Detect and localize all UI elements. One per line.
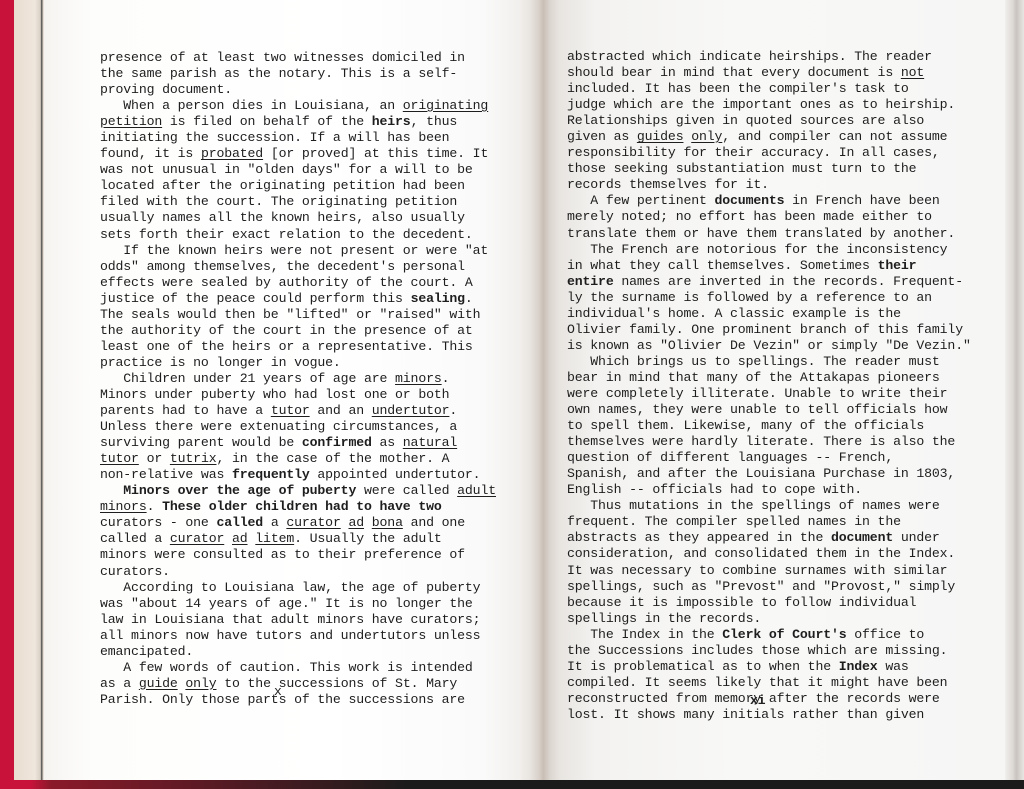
text-line: in what they call themselves. Sometimes … xyxy=(567,258,971,274)
text-line: consideration, and consolidated them in … xyxy=(567,546,971,562)
text-line: practice is no longer in vogue. xyxy=(100,355,496,371)
right-page-text: abstracted which indicate heirships. The… xyxy=(567,49,971,723)
text-line: Unless there were extenuating circumstan… xyxy=(100,419,496,435)
text-line: When a person dies in Louisiana, an orig… xyxy=(100,98,496,114)
underlined-term: originating xyxy=(403,98,488,113)
text-run: minors were consulted as to their prefer… xyxy=(100,547,465,562)
text-run: effects were sealed by authority of the … xyxy=(100,275,473,290)
text-run: sets forth their exact relation to the d… xyxy=(100,227,473,242)
text-line: initiating the succession. If a will has… xyxy=(100,130,496,146)
text-line: own names, they were unable to tell offi… xyxy=(567,402,971,418)
text-line: Olivier family. One prominent branch of … xyxy=(567,322,971,338)
right-page-edge xyxy=(1005,0,1024,780)
text-line: the same parish as the notary. This is a… xyxy=(100,66,496,82)
text-run: The French are notorious for the inconsi… xyxy=(567,242,947,257)
text-run: or xyxy=(139,451,170,466)
text-run: because it is impossible to follow indiv… xyxy=(567,595,916,610)
text-run: judge which are the important ones as to… xyxy=(567,97,955,112)
text-run: own names, they were unable to tell offi… xyxy=(567,402,947,417)
text-run: odds" among themselves, the decedent's p… xyxy=(100,259,465,274)
underlined-term: not xyxy=(901,65,924,80)
text-run: Spanish, and after the Louisiana Purchas… xyxy=(567,466,955,481)
text-line: filed with the court. The originating pe… xyxy=(100,194,496,210)
text-line: frequent. The compiler spelled names in … xyxy=(567,514,971,530)
text-run: non-relative was xyxy=(100,467,232,482)
text-line: surviving parent would be confirmed as n… xyxy=(100,435,496,451)
text-line: minors were consulted as to their prefer… xyxy=(100,547,496,563)
text-run: bear in mind that many of the Attakapas … xyxy=(567,370,940,385)
text-run: curators - one xyxy=(100,515,216,530)
text-run: Relationships given in quoted sources ar… xyxy=(567,113,924,128)
text-line: merely noted; no effort has been made ei… xyxy=(567,209,971,225)
text-line: Parish. Only those parts of the successi… xyxy=(100,692,496,708)
text-run: The Index in the xyxy=(567,627,722,642)
bold-term: Minors over the age of puberty xyxy=(123,483,356,498)
text-run xyxy=(364,515,372,530)
underlined-term: undertutor xyxy=(372,403,450,418)
text-run: [or proved] at this time. It xyxy=(263,146,488,161)
underlined-term: bona xyxy=(372,515,403,530)
text-run: Minors under puberty who had lost one or… xyxy=(100,387,449,402)
underlined-term: guide xyxy=(139,676,178,691)
text-run: According to Louisiana law, the age of p… xyxy=(100,580,480,595)
text-run: Thus mutations in the spellings of names… xyxy=(567,498,940,513)
text-line: abstracted which indicate heirships. The… xyxy=(567,49,971,65)
text-line: all minors now have tutors and undertuto… xyxy=(100,628,496,644)
left-page-text: presence of at least two witnesses domic… xyxy=(100,50,496,708)
text-run: If the known heirs were not present or w… xyxy=(100,243,488,258)
text-line: The seals would then be "lifted" or "rai… xyxy=(100,307,496,323)
text-run: presence of at least two witnesses domic… xyxy=(100,50,465,65)
text-run: usually names all the known heirs, also … xyxy=(100,210,465,225)
underlined-term: tutrix xyxy=(170,451,217,466)
right-page: abstracted which indicate heirships. The… xyxy=(560,0,1005,780)
underlined-term: ad xyxy=(232,531,248,546)
text-line: proving document. xyxy=(100,82,496,98)
bold-term: frequently xyxy=(232,467,310,482)
text-run: A few pertinent xyxy=(567,193,715,208)
text-line: A few words of caution. This work is int… xyxy=(100,660,496,676)
underlined-term: natural xyxy=(403,435,457,450)
text-run: merely noted; no effort has been made ei… xyxy=(567,209,932,224)
text-line: tutor or tutrix, in the case of the moth… xyxy=(100,451,496,467)
text-run: as xyxy=(372,435,403,450)
text-run: appointed undertutor. xyxy=(310,467,481,482)
text-run xyxy=(224,531,232,546)
text-line: non-relative was frequently appointed un… xyxy=(100,467,496,483)
text-run: spellings in the records. xyxy=(567,611,761,626)
text-line: effects were sealed by authority of the … xyxy=(100,275,496,291)
text-run: those seeking substantiation must turn t… xyxy=(567,161,916,176)
text-line: curators - one called a curator ad bona … xyxy=(100,515,496,531)
text-line: judge which are the important ones as to… xyxy=(567,97,971,113)
text-line: The Index in the Clerk of Court's office… xyxy=(567,627,971,643)
text-line: is known as "Olivier De Vezin" or simply… xyxy=(567,338,971,354)
bottom-background xyxy=(0,780,1024,789)
text-line: to spell them. Likewise, many of the off… xyxy=(567,418,971,434)
text-line: was not unusual in "olden days" for a wi… xyxy=(100,162,496,178)
text-line: parents had to have a tutor and an under… xyxy=(100,403,496,419)
text-run: The seals would then be "lifted" or "rai… xyxy=(100,307,480,322)
text-run: were completely illiterate. Unable to wr… xyxy=(567,386,947,401)
underlined-term: litem xyxy=(255,531,294,546)
text-line: themselves were hardly literate. There i… xyxy=(567,434,971,450)
text-line: Which brings us to spellings. The reader… xyxy=(567,354,971,370)
bold-term: document xyxy=(831,530,893,545)
text-line: given as guides only, and compiler can n… xyxy=(567,129,971,145)
text-run: was "about 14 years of age." It is no lo… xyxy=(100,596,473,611)
text-line: A few pertinent documents in French have… xyxy=(567,193,971,209)
text-run: all minors now have tutors and undertuto… xyxy=(100,628,480,643)
text-run: A few words of caution. This work is int… xyxy=(100,660,473,675)
text-line: those seeking substantiation must turn t… xyxy=(567,161,971,177)
text-run: emancipated. xyxy=(100,644,193,659)
text-run: in French have been xyxy=(784,193,939,208)
text-line: presence of at least two witnesses domic… xyxy=(100,50,496,66)
underlined-term: curator xyxy=(286,515,340,530)
text-line: abstracts as they appeared in the docume… xyxy=(567,530,971,546)
text-run: was not unusual in "olden days" for a wi… xyxy=(100,162,473,177)
text-run: , thus xyxy=(411,114,458,129)
underlined-term: adult xyxy=(457,483,496,498)
text-line: According to Louisiana law, the age of p… xyxy=(100,580,496,596)
text-line: individual's home. A classic example is … xyxy=(567,306,971,322)
text-line: included. It has been the compiler's tas… xyxy=(567,81,971,97)
text-run: . xyxy=(442,371,450,386)
text-run: compiled. It seems likely that it might … xyxy=(567,675,947,690)
text-run: and an xyxy=(310,403,372,418)
text-run: included. It has been the compiler's tas… xyxy=(567,81,909,96)
text-run: practice is no longer in vogue. xyxy=(100,355,341,370)
right-page-number: xi xyxy=(750,693,766,708)
text-line: spellings, such as "Prevost" and "Provos… xyxy=(567,579,971,595)
underlined-term: petition xyxy=(100,114,162,129)
text-run: given as xyxy=(567,129,637,144)
text-run: is known as "Olivier De Vezin" or simply… xyxy=(567,338,971,353)
left-page-number: x xyxy=(274,684,282,699)
text-run: records themselves for it. xyxy=(567,177,769,192)
text-line: located after the originating petition h… xyxy=(100,178,496,194)
text-run: , in the case of the mother. A xyxy=(216,451,449,466)
text-run: ly the surname is followed by a referenc… xyxy=(567,290,932,305)
text-line: justice of the peace could perform this … xyxy=(100,291,496,307)
bold-term: entire xyxy=(567,274,614,289)
text-run: filed with the court. The originating pe… xyxy=(100,194,457,209)
text-line: the Successions includes those which are… xyxy=(567,643,971,659)
text-run: curators. xyxy=(100,564,170,579)
text-line: Spanish, and after the Louisiana Purchas… xyxy=(567,466,971,482)
text-line: compiled. It seems likely that it might … xyxy=(567,675,971,691)
bold-term: sealing xyxy=(411,291,465,306)
text-run: the same parish as the notary. This is a… xyxy=(100,66,457,81)
text-line: lost. It shows many initials rather than… xyxy=(567,707,971,723)
bold-term: their xyxy=(878,258,917,273)
text-run: was xyxy=(878,659,909,674)
text-line: If the known heirs were not present or w… xyxy=(100,243,496,259)
page-stack-edge xyxy=(14,0,44,780)
text-run: . Usually the adult xyxy=(294,531,442,546)
text-run: Unless there were extenuating circumstan… xyxy=(100,419,457,434)
text-run: . xyxy=(465,291,473,306)
text-run: the authority of the court in the presen… xyxy=(100,323,473,338)
text-run: the Successions includes those which are… xyxy=(567,643,947,658)
text-run: When a person dies in Louisiana, an xyxy=(100,98,403,113)
bold-term: documents xyxy=(715,193,785,208)
text-run: initiating the succession. If a will has… xyxy=(100,130,449,145)
text-line: English -- officials had to cope with. xyxy=(567,482,971,498)
text-run: were called xyxy=(356,483,457,498)
text-line: should bear in mind that every document … xyxy=(567,65,971,81)
text-run xyxy=(100,483,123,498)
text-run: under xyxy=(893,530,940,545)
text-line: the authority of the court in the presen… xyxy=(100,323,496,339)
underlined-term: tutor xyxy=(100,451,139,466)
text-run: in what they call themselves. Sometimes xyxy=(567,258,878,273)
text-run: consideration, and consolidated them in … xyxy=(567,546,955,561)
text-run: spellings, such as "Prevost" and "Provos… xyxy=(567,579,955,594)
underlined-term: only xyxy=(185,676,216,691)
bold-term: called xyxy=(216,515,263,530)
underlined-term: tutor xyxy=(271,403,310,418)
text-run: and one xyxy=(403,515,465,530)
underlined-term: ad xyxy=(348,515,364,530)
text-run: abstracted which indicate heirships. The… xyxy=(567,49,932,64)
text-run: a xyxy=(263,515,286,530)
text-run: translate them or have them translated b… xyxy=(567,226,955,241)
text-line: found, it is probated [or proved] at thi… xyxy=(100,146,496,162)
text-run: to spell them. Likewise, many of the off… xyxy=(567,418,924,433)
text-line: responsibility for their accuracy. In al… xyxy=(567,145,971,161)
text-line: sets forth their exact relation to the d… xyxy=(100,227,496,243)
text-run: office to xyxy=(847,627,925,642)
bold-term: confirmed xyxy=(302,435,372,450)
underlined-term: minors xyxy=(395,371,442,386)
text-run: It is problematical as to when the xyxy=(567,659,839,674)
text-line: minors. These older children had to have… xyxy=(100,499,496,515)
text-line: records themselves for it. xyxy=(567,177,971,193)
text-line: usually names all the known heirs, also … xyxy=(100,210,496,226)
text-line: emancipated. xyxy=(100,644,496,660)
text-line: Minors over the age of puberty were call… xyxy=(100,483,496,499)
left-page: presence of at least two witnesses domic… xyxy=(44,0,522,780)
text-run: proving document. xyxy=(100,82,232,97)
text-line: The French are notorious for the inconsi… xyxy=(567,242,971,258)
text-run: Parish. Only those parts of the successi… xyxy=(100,692,465,707)
text-line: ly the surname is followed by a referenc… xyxy=(567,290,971,306)
text-line: reconstructed from memory after the reco… xyxy=(567,691,971,707)
text-run: least one of the heirs or a representati… xyxy=(100,339,473,354)
text-line: Children under 21 years of age are minor… xyxy=(100,371,496,387)
book-gutter xyxy=(518,0,564,780)
text-run: names are inverted in the records. Frequ… xyxy=(614,274,963,289)
text-run: It was necessary to combine surnames wit… xyxy=(567,563,947,578)
bold-term: heirs xyxy=(372,114,411,129)
text-run: . xyxy=(147,499,163,514)
text-run: lost. It shows many initials rather than… xyxy=(567,707,924,722)
text-line: Minors under puberty who had lost one or… xyxy=(100,387,496,403)
bold-term: These older children had to have two xyxy=(162,499,442,514)
text-line: law in Louisiana that adult minors have … xyxy=(100,612,496,628)
text-run: to the successions of St. Mary xyxy=(216,676,457,691)
text-run: parents had to have a xyxy=(100,403,271,418)
text-line: called a curator ad litem. Usually the a… xyxy=(100,531,496,547)
text-line: Relationships given in quoted sources ar… xyxy=(567,113,971,129)
text-run: , and compiler can not assume xyxy=(722,129,947,144)
text-line: bear in mind that many of the Attakapas … xyxy=(567,370,971,386)
bold-term: Index xyxy=(839,659,878,674)
bold-term: Clerk of Court's xyxy=(722,627,846,642)
text-run: is filed on behalf of the xyxy=(162,114,372,129)
text-line: petition is filed on behalf of the heirs… xyxy=(100,114,496,130)
text-run: question of different languages -- Frenc… xyxy=(567,450,893,465)
text-run: individual's home. A classic example is … xyxy=(567,306,901,321)
text-run: themselves were hardly literate. There i… xyxy=(567,434,955,449)
text-run: law in Louisiana that adult minors have … xyxy=(100,612,480,627)
text-line: was "about 14 years of age." It is no lo… xyxy=(100,596,496,612)
text-run: Children under 21 years of age are xyxy=(100,371,395,386)
text-run: justice of the peace could perform this xyxy=(100,291,411,306)
text-run: responsibility for their accuracy. In al… xyxy=(567,145,940,160)
text-run: found, it is xyxy=(100,146,201,161)
text-run: abstracts as they appeared in the xyxy=(567,530,831,545)
text-line: It was necessary to combine surnames wit… xyxy=(567,563,971,579)
underlined-term: guides xyxy=(637,129,684,144)
text-run: . xyxy=(449,403,457,418)
text-run: located after the originating petition h… xyxy=(100,178,465,193)
text-line: entire names are inverted in the records… xyxy=(567,274,971,290)
text-line: It is problematical as to when the Index… xyxy=(567,659,971,675)
text-line: least one of the heirs or a representati… xyxy=(100,339,496,355)
text-run: should bear in mind that every document … xyxy=(567,65,901,80)
text-line: question of different languages -- Frenc… xyxy=(567,450,971,466)
text-line: because it is impossible to follow indiv… xyxy=(567,595,971,611)
text-run: frequent. The compiler spelled names in … xyxy=(567,514,901,529)
text-line: spellings in the records. xyxy=(567,611,971,627)
text-run: called a xyxy=(100,531,170,546)
text-run: surviving parent would be xyxy=(100,435,302,450)
text-line: were completely illiterate. Unable to wr… xyxy=(567,386,971,402)
underlined-term: curator xyxy=(170,531,224,546)
text-run: English -- officials had to cope with. xyxy=(567,482,862,497)
text-line: odds" among themselves, the decedent's p… xyxy=(100,259,496,275)
underlined-term: probated xyxy=(201,146,263,161)
text-line: curators. xyxy=(100,564,496,580)
text-run: Which brings us to spellings. The reader… xyxy=(567,354,940,369)
underlined-term: only xyxy=(691,129,722,144)
text-line: translate them or have them translated b… xyxy=(567,226,971,242)
text-run: as a xyxy=(100,676,139,691)
text-line: as a guide only to the successions of St… xyxy=(100,676,496,692)
text-line: Thus mutations in the spellings of names… xyxy=(567,498,971,514)
text-run: Olivier family. One prominent branch of … xyxy=(567,322,963,337)
underlined-term: minors xyxy=(100,499,147,514)
